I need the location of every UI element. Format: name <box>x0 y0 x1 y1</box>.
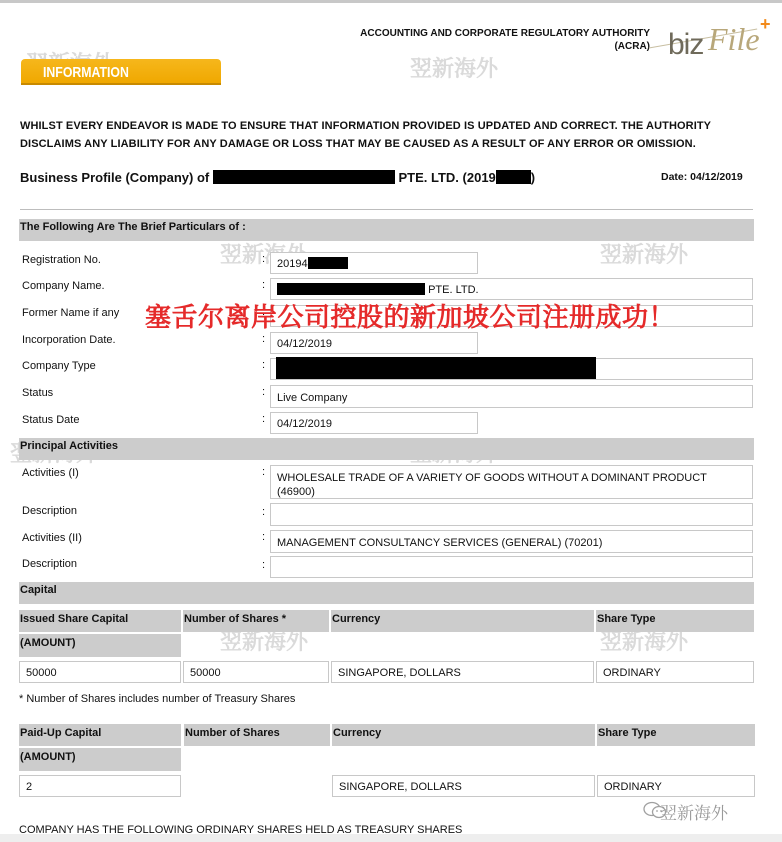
col-header-amount: (AMOUNT) <box>19 748 181 771</box>
paid-up-currency-cell: SINGAPORE, DOLLARS <box>332 775 595 797</box>
redacted-block <box>213 170 395 184</box>
field-activities-1: WHOLESALE TRADE OF A VARIETY OF GOODS WI… <box>270 465 753 499</box>
label-company-name: Company Name. <box>22 279 105 293</box>
col-header-number-of-shares: Number of Shares <box>184 724 330 746</box>
page-title: Business Profile (Company) of PTE. LTD. … <box>20 170 535 186</box>
label-incorporation-date: Incorporation Date. <box>22 333 116 347</box>
field-description-1 <box>270 503 753 526</box>
watermark-credit: 翌新海外 <box>660 799 728 824</box>
divider <box>20 209 753 210</box>
field-company-type <box>270 358 753 380</box>
label-activities-1: Activities (I) <box>22 466 79 480</box>
field-status-date: 04/12/2019 <box>270 412 478 434</box>
information-resources-banner: INFORMATION RESOURCES <box>21 59 221 85</box>
plus-icon: + <box>760 14 771 35</box>
redacted-block <box>277 283 425 295</box>
section-header-principal-activities: Principal Activities <box>19 438 754 460</box>
field-company-name: PTE. LTD. <box>270 278 753 300</box>
redacted-block <box>496 170 531 184</box>
bottom-section-bar <box>0 834 782 842</box>
col-header-share-type: Share Type <box>596 610 754 632</box>
col-header-issued-share-capital: Issued Share Capital <box>19 610 181 632</box>
issued-currency-cell: SINGAPORE, DOLLARS <box>331 661 594 683</box>
field-description-2 <box>270 556 753 578</box>
section-header-particulars: The Following Are The Brief Particulars … <box>19 219 754 241</box>
col-header-currency: Currency <box>331 610 594 632</box>
col-header-paid-up-capital: Paid-Up Capital <box>19 724 181 746</box>
authority-name: ACCOUNTING AND CORPORATE REGULATORY AUTH… <box>360 27 650 53</box>
watermark: 翌新海外 <box>410 52 498 83</box>
redacted-block <box>308 257 348 269</box>
label-status: Status <box>22 386 53 400</box>
banner-label: INFORMATION RESOURCES <box>43 59 189 113</box>
redacted-block <box>276 357 596 379</box>
label-description-1: Description <box>22 504 77 518</box>
field-activities-2: MANAGEMENT CONSULTANCY SERVICES (GENERAL… <box>270 530 753 553</box>
col-header-share-type: Share Type <box>597 724 755 746</box>
issued-amount-cell: 50000 <box>19 661 181 683</box>
issued-number-of-shares-cell: 50000 <box>183 661 329 683</box>
label-description-2: Description <box>22 557 77 571</box>
label-status-date: Status Date <box>22 413 79 427</box>
section-header-capital: Capital <box>19 582 754 604</box>
label-company-type: Company Type <box>22 359 96 373</box>
issued-share-type-cell: ORDINARY <box>596 661 754 683</box>
disclaimer-text: WHILST EVERY ENDEAVOR IS MADE TO ENSURE … <box>20 117 760 153</box>
label-activities-2: Activities (II) <box>22 531 82 545</box>
watermark: 翌新海外 <box>600 238 688 269</box>
label-former-name: Former Name if any <box>22 306 119 320</box>
top-border <box>0 0 782 3</box>
treasury-footnote: * Number of Shares includes number of Tr… <box>19 693 295 705</box>
label-registration-no: Registration No. <box>22 253 101 267</box>
report-date: Date: 04/12/2019 <box>661 171 743 183</box>
field-incorporation-date: 04/12/2019 <box>270 332 478 354</box>
field-status: Live Company <box>270 385 753 408</box>
col-header-number-of-shares: Number of Shares * <box>183 610 329 632</box>
paid-up-share-type-cell: ORDINARY <box>597 775 755 797</box>
col-header-amount: (AMOUNT) <box>19 634 181 657</box>
col-header-currency: Currency <box>332 724 595 746</box>
field-registration-no: 20194 <box>270 252 478 274</box>
promo-headline: 塞舌尔离岸公司控股的新加坡公司注册成功！ <box>145 303 675 333</box>
paid-up-amount-cell: 2 <box>19 775 181 797</box>
bizfile-logo: biz File + <box>668 18 778 58</box>
